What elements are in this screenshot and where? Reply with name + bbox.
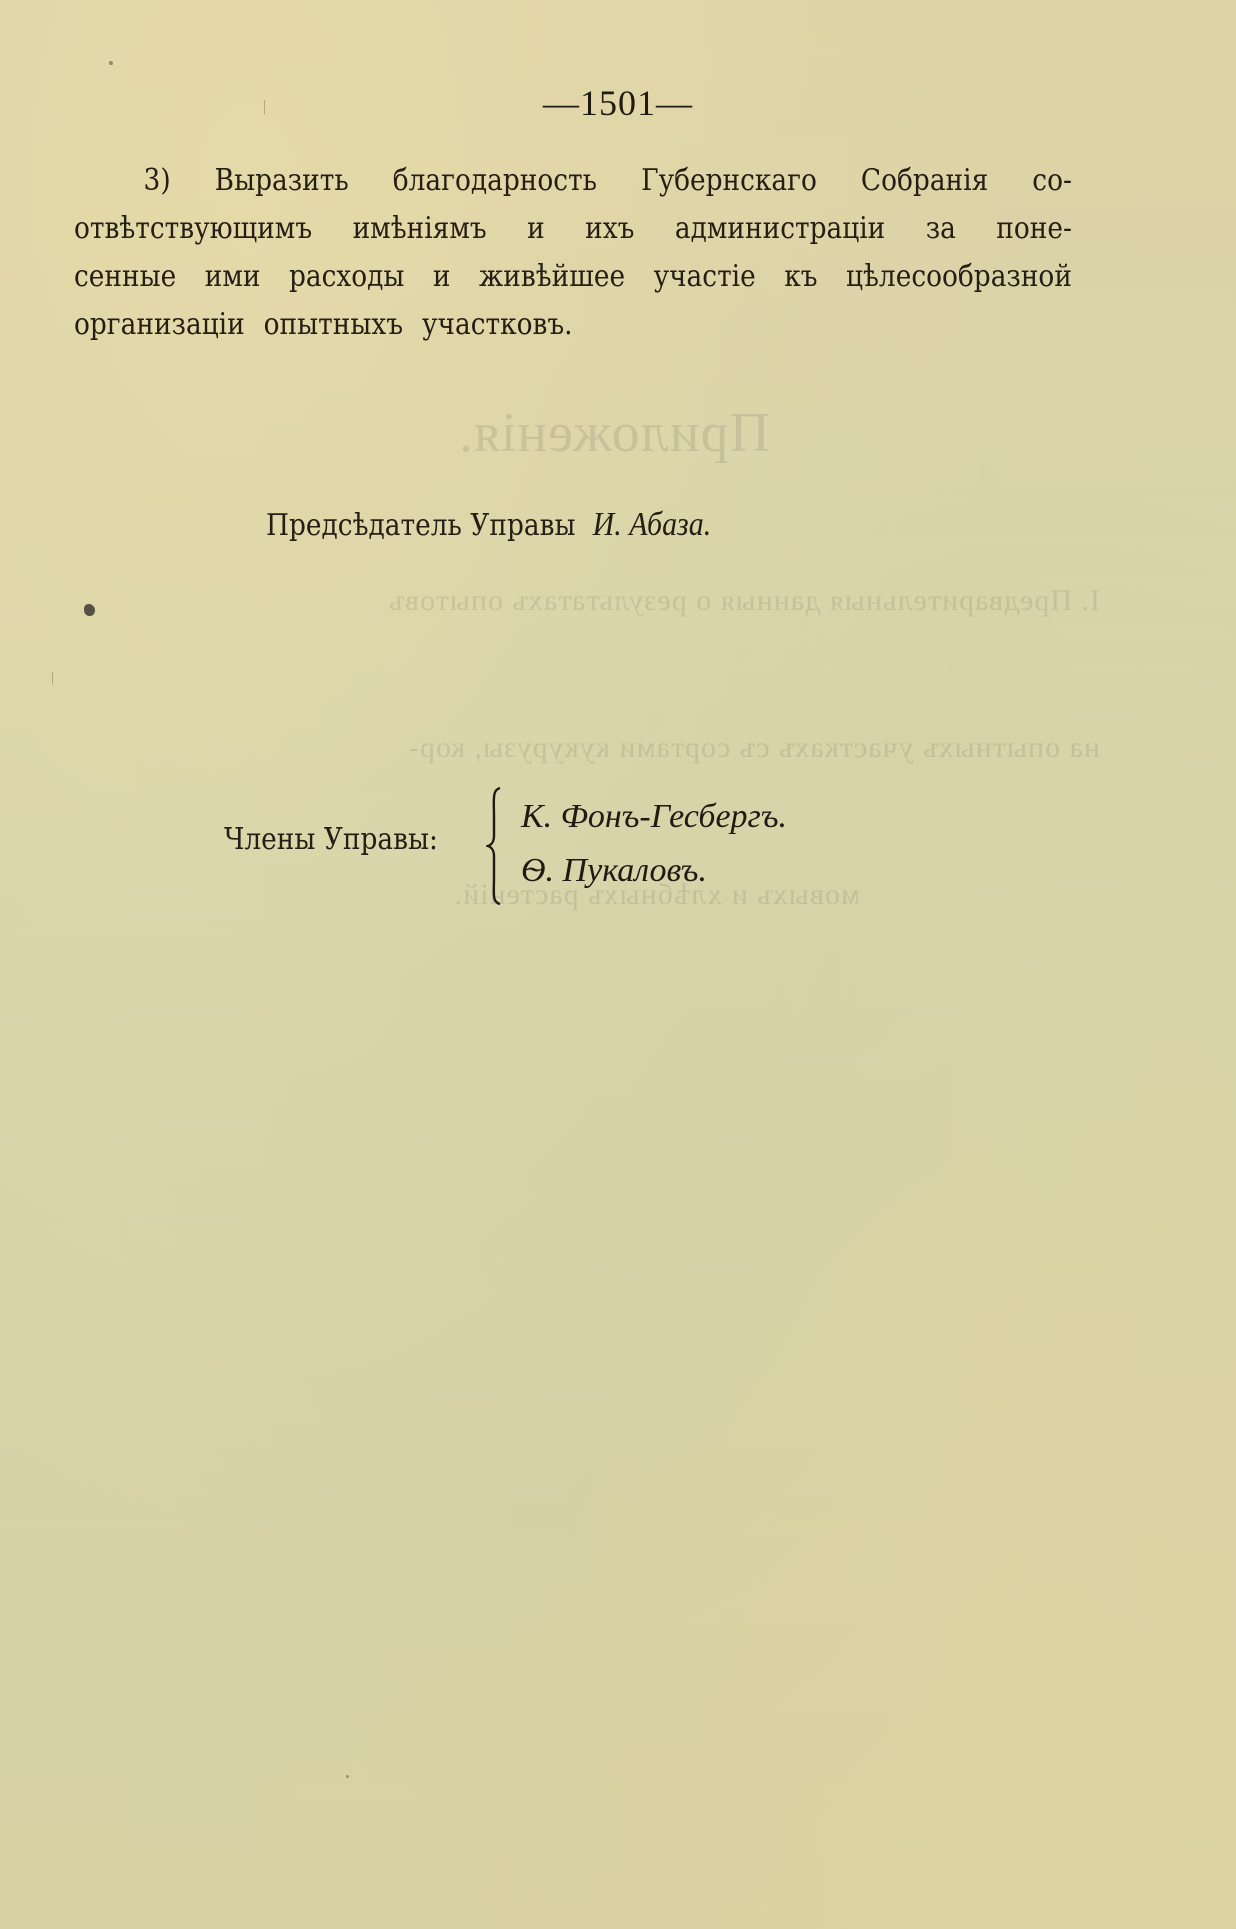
paragraph-line: 3) Выразить благодарность Губернскаго Со… (74, 157, 1072, 205)
paragraph-line: сенные ими расходы и живѣйшее участіе къ… (74, 253, 1072, 301)
paper-mark (52, 672, 53, 684)
member-name: Ѳ. Пукаловъ. (521, 844, 787, 898)
member-names: К. Фонъ-Гесбергъ. Ѳ. Пукаловъ. (521, 790, 787, 898)
paper-mark (264, 100, 265, 114)
board-members-signatures: Члены Управы: К. Фонъ-Гесбергъ. Ѳ. Пукал… (224, 786, 924, 906)
paragraph-line: отвѣтствующимъ имѣніямъ и ихъ администра… (74, 205, 1072, 253)
resolution-paragraph: 3) Выразить благодарность Губернскаго Со… (74, 157, 952, 349)
ink-speck (109, 61, 113, 65)
bleed-through-line: на опытныхъ участкахъ съ сортами кукуруз… (60, 723, 1100, 772)
chairman-name: И. Абаза. (593, 506, 712, 543)
bleed-through-line: I. Предварительныя данныя о результатахъ… (60, 576, 1100, 625)
ink-speck (346, 1775, 349, 1778)
chairman-title: Предсѣдатель Управы (266, 508, 575, 543)
members-label: Члены Управы: (224, 822, 438, 857)
ink-speck (84, 604, 95, 616)
chairman-signature: Предсѣдатель Управы И. Абаза. (266, 506, 711, 544)
bleed-through-text: Приложенія. I. Предварительныя данныя о … (60, 290, 1100, 1017)
member-name: К. Фонъ-Гесбергъ. (521, 790, 787, 844)
document-page: Приложенія. I. Предварительныя данныя о … (0, 0, 1236, 1929)
curly-brace-icon (486, 786, 504, 906)
paragraph-line-text: организаціи опытныхъ участковъ. (74, 307, 573, 342)
page-number: —1501— (0, 82, 1236, 124)
paragraph-line: организаціи опытныхъ участковъ. (74, 301, 1072, 349)
bleed-through-title: Приложенія. (60, 388, 1100, 478)
